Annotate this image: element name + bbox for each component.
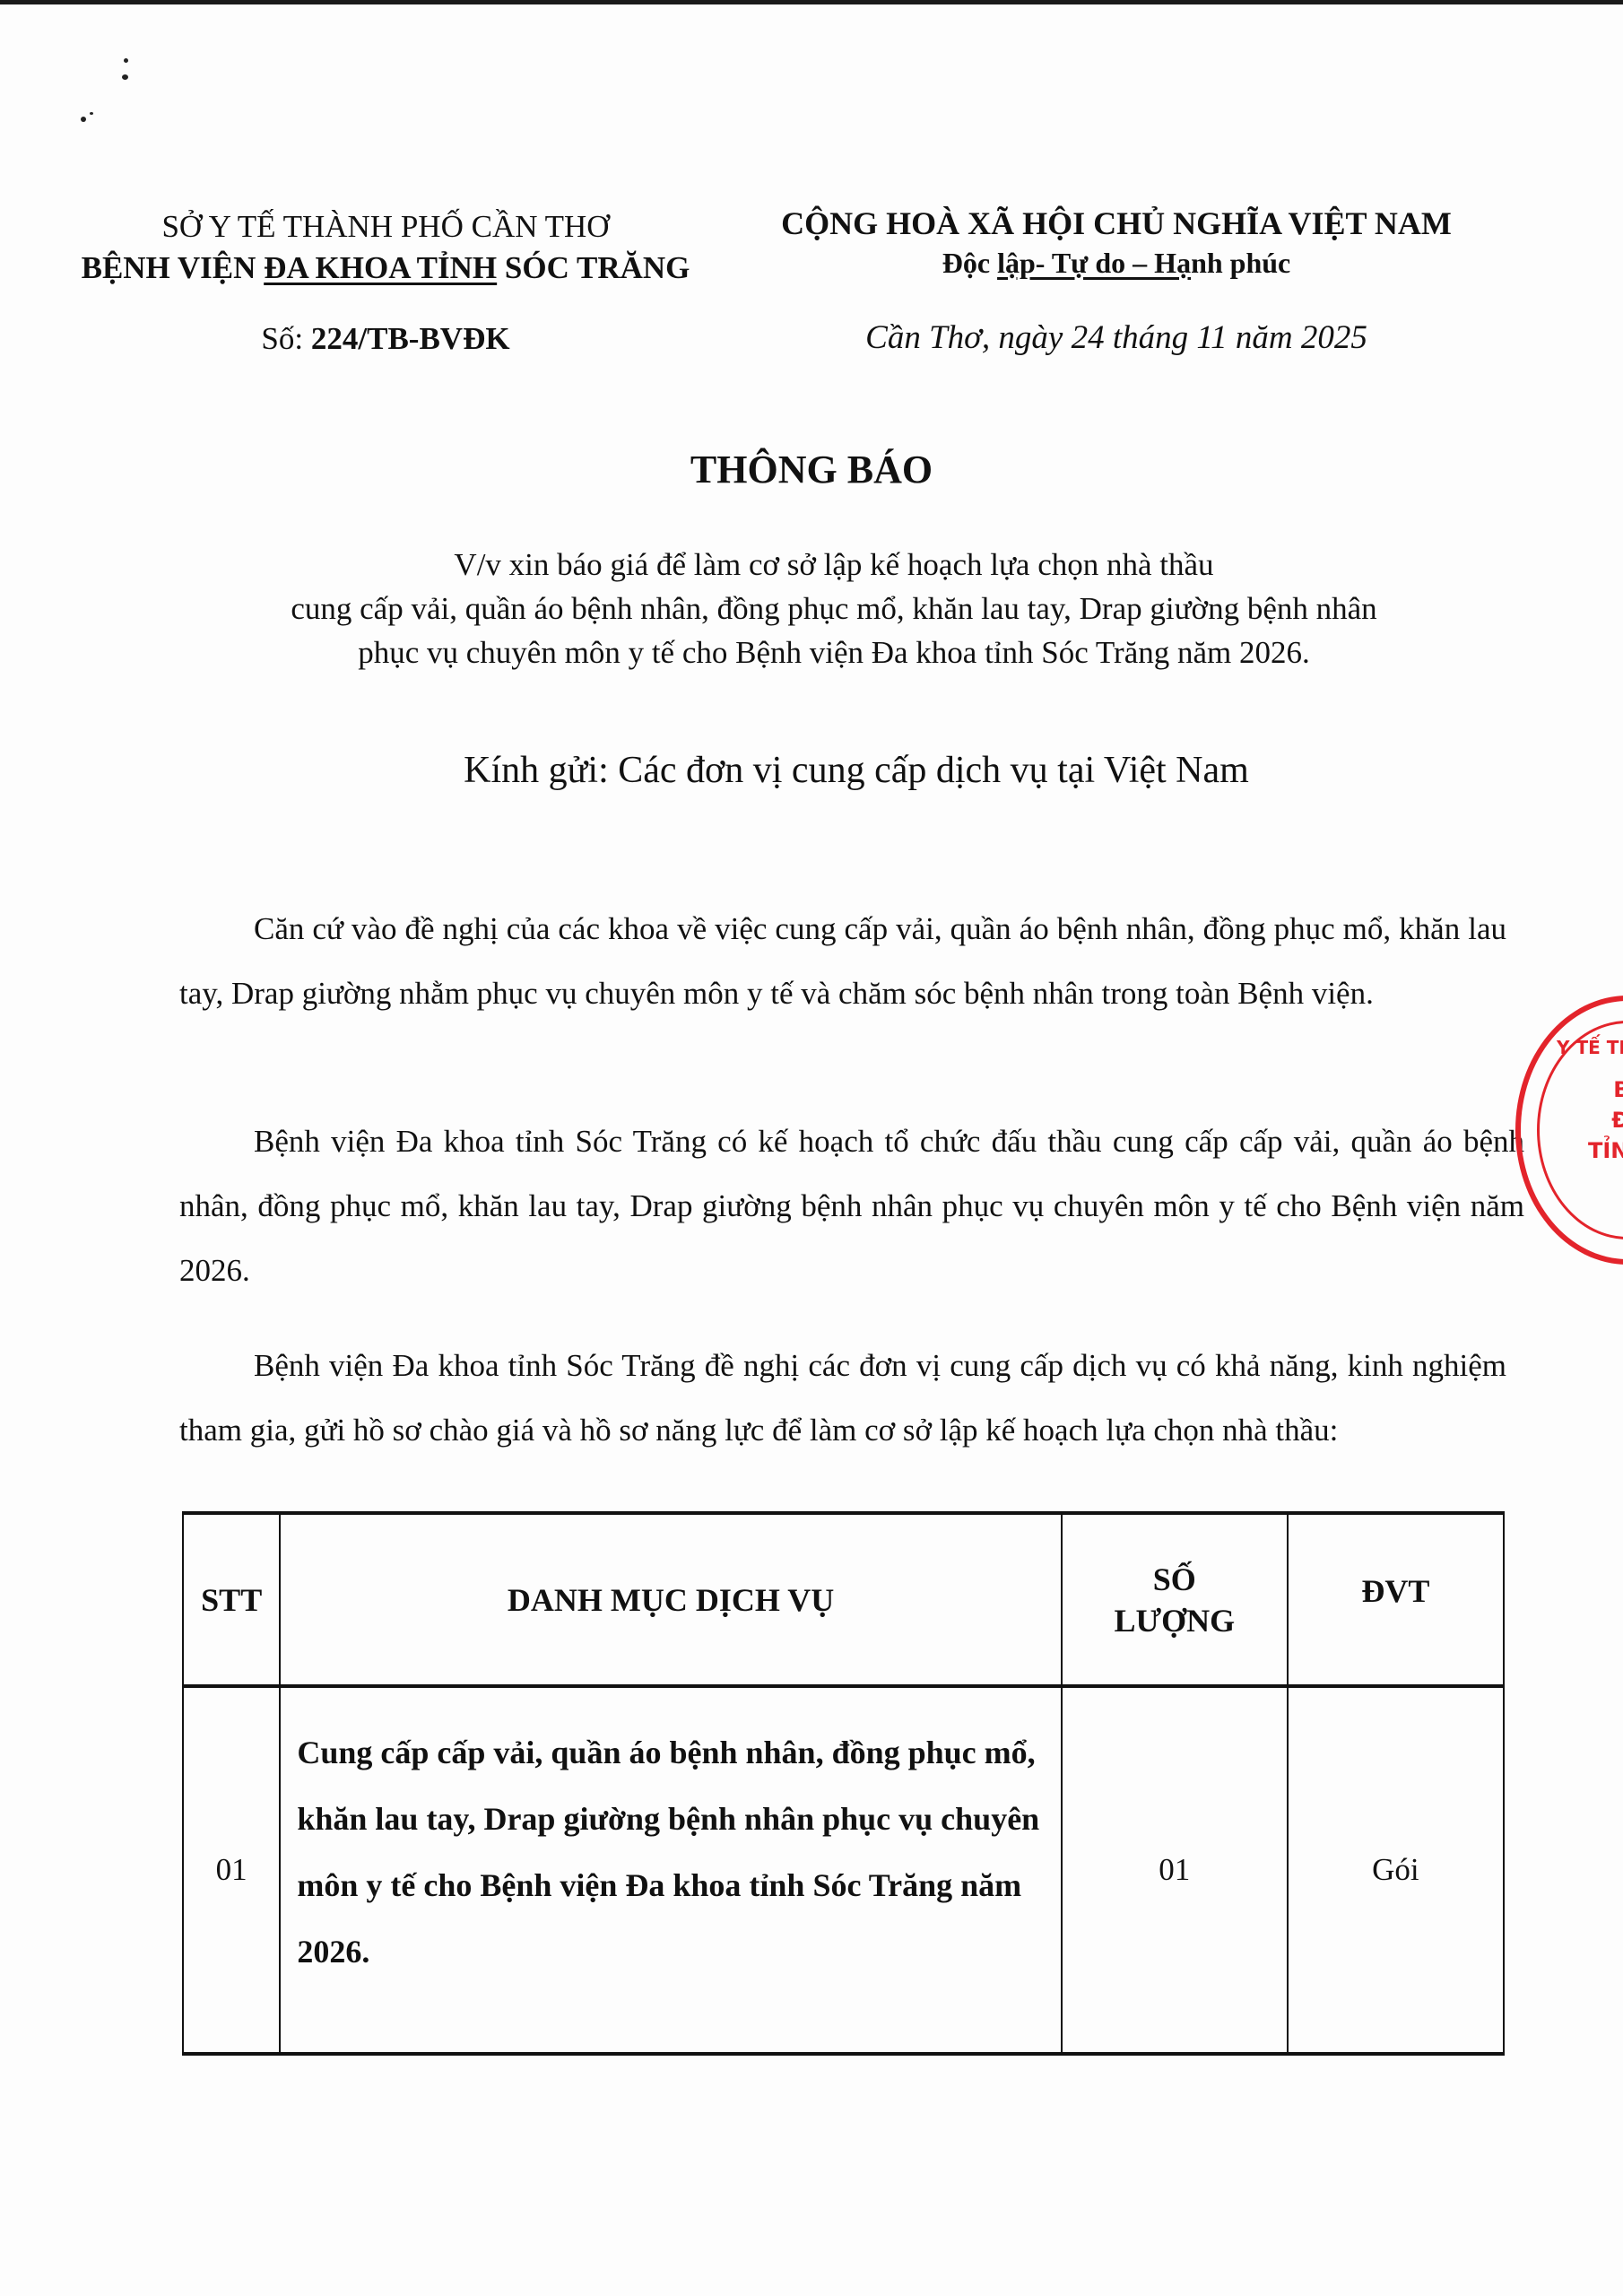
document-title: THÔNG BÁO <box>0 447 1623 492</box>
motto-part: nh phúc <box>1191 247 1290 279</box>
header-quantity-line: LƯỢNG <box>1063 1600 1286 1641</box>
body-paragraph: Căn cứ vào đề nghị của các khoa về việc … <box>179 897 1506 1026</box>
recipient-line: Kính gửi: Các đơn vị cung cấp dịch vụ tạ… <box>0 749 1623 792</box>
header-stt: STT <box>183 1513 280 1686</box>
hospital-name-part: BỆNH VIỆN <box>82 250 265 285</box>
cell-quantity: 01 <box>1062 1686 1288 2054</box>
cell-service: Cung cấp cấp vải, quần áo bệnh nhân, đồn… <box>280 1686 1061 2054</box>
issuing-authority: SỞ Y TẾ THÀNH PHỐ CẦN THƠ BỆNH VIỆN ĐA K… <box>54 206 717 289</box>
seal-line: BỆ <box>1588 1074 1623 1105</box>
service-table: STT DANH MỤC DỊCH VỤ SỐLƯỢNG ĐVT 01 Cung… <box>182 1511 1505 2056</box>
place-date: Cần Thơ, ngày 24 tháng 11 năm 2025 <box>740 318 1493 357</box>
motto-underlined: lập- Tự do – Hạ <box>997 247 1191 279</box>
table-row: 01 Cung cấp cấp vải, quần áo bệnh nhân, … <box>183 1686 1504 2054</box>
header-quantity: SỐLƯỢNG <box>1062 1513 1288 1686</box>
body-paragraph: Bệnh viện Đa khoa tỉnh Sóc Trăng đề nghị… <box>179 1334 1506 1463</box>
header-quantity-line: SỐ <box>1063 1559 1286 1600</box>
seal-line: TỈNH S <box>1588 1135 1623 1166</box>
national-motto: Độc lập- Tự do – Hạnh phúc <box>740 245 1493 281</box>
document-number-label: Số: <box>261 321 310 356</box>
seal-line: ĐA <box>1588 1105 1623 1135</box>
subject-block: V/v xin báo giá để làm cơ sở lập kế hoạc… <box>161 543 1506 674</box>
hospital-name: BỆNH VIỆN ĐA KHOA TỈNH SÓC TRĂNG <box>54 248 717 289</box>
subject-line: cung cấp vải, quần áo bệnh nhân, đồng ph… <box>161 587 1506 631</box>
seal-center-text: BỆ ĐA TỈNH S <box>1588 1074 1623 1166</box>
hospital-name-underlined: ĐA KHOA TỈNH <box>264 250 497 285</box>
department-name: SỞ Y TẾ THÀNH PHỐ CẦN THƠ <box>54 206 717 248</box>
cell-stt: 01 <box>183 1686 280 2054</box>
document-number-value: 224/TB-BVĐK <box>311 321 510 356</box>
header-unit: ĐVT <box>1288 1513 1504 1686</box>
document-number: Số: 224/TB-BVĐK <box>54 321 717 357</box>
official-seal-stamp: Y TẾ THẦ BỆ ĐA TỈNH S <box>1515 996 1623 1265</box>
scan-top-edge <box>0 0 1623 4</box>
subject-line: phục vụ chuyên môn y tế cho Bệnh viện Đa… <box>161 631 1506 674</box>
motto-part: Độc <box>942 247 997 279</box>
scan-specks <box>63 49 135 130</box>
table-header-row: STT DANH MỤC DỊCH VỤ SỐLƯỢNG ĐVT <box>183 1513 1504 1686</box>
country-name: CỘNG HOÀ XÃ HỘI CHỦ NGHĨA VIỆT NAM <box>740 202 1493 245</box>
seal-ring-text: Y TẾ THẦ <box>1557 1037 1623 1058</box>
header-service: DANH MỤC DỊCH VỤ <box>280 1513 1061 1686</box>
subject-line: V/v xin báo giá để làm cơ sở lập kế hoạc… <box>161 543 1506 587</box>
body-paragraph: Bệnh viện Đa khoa tỉnh Sóc Trăng có kế h… <box>179 1109 1524 1303</box>
cell-unit: Gói <box>1288 1686 1504 2054</box>
national-heading: CỘNG HOÀ XÃ HỘI CHỦ NGHĨA VIỆT NAM Độc l… <box>740 202 1493 281</box>
hospital-name-part: SÓC TRĂNG <box>497 250 690 285</box>
